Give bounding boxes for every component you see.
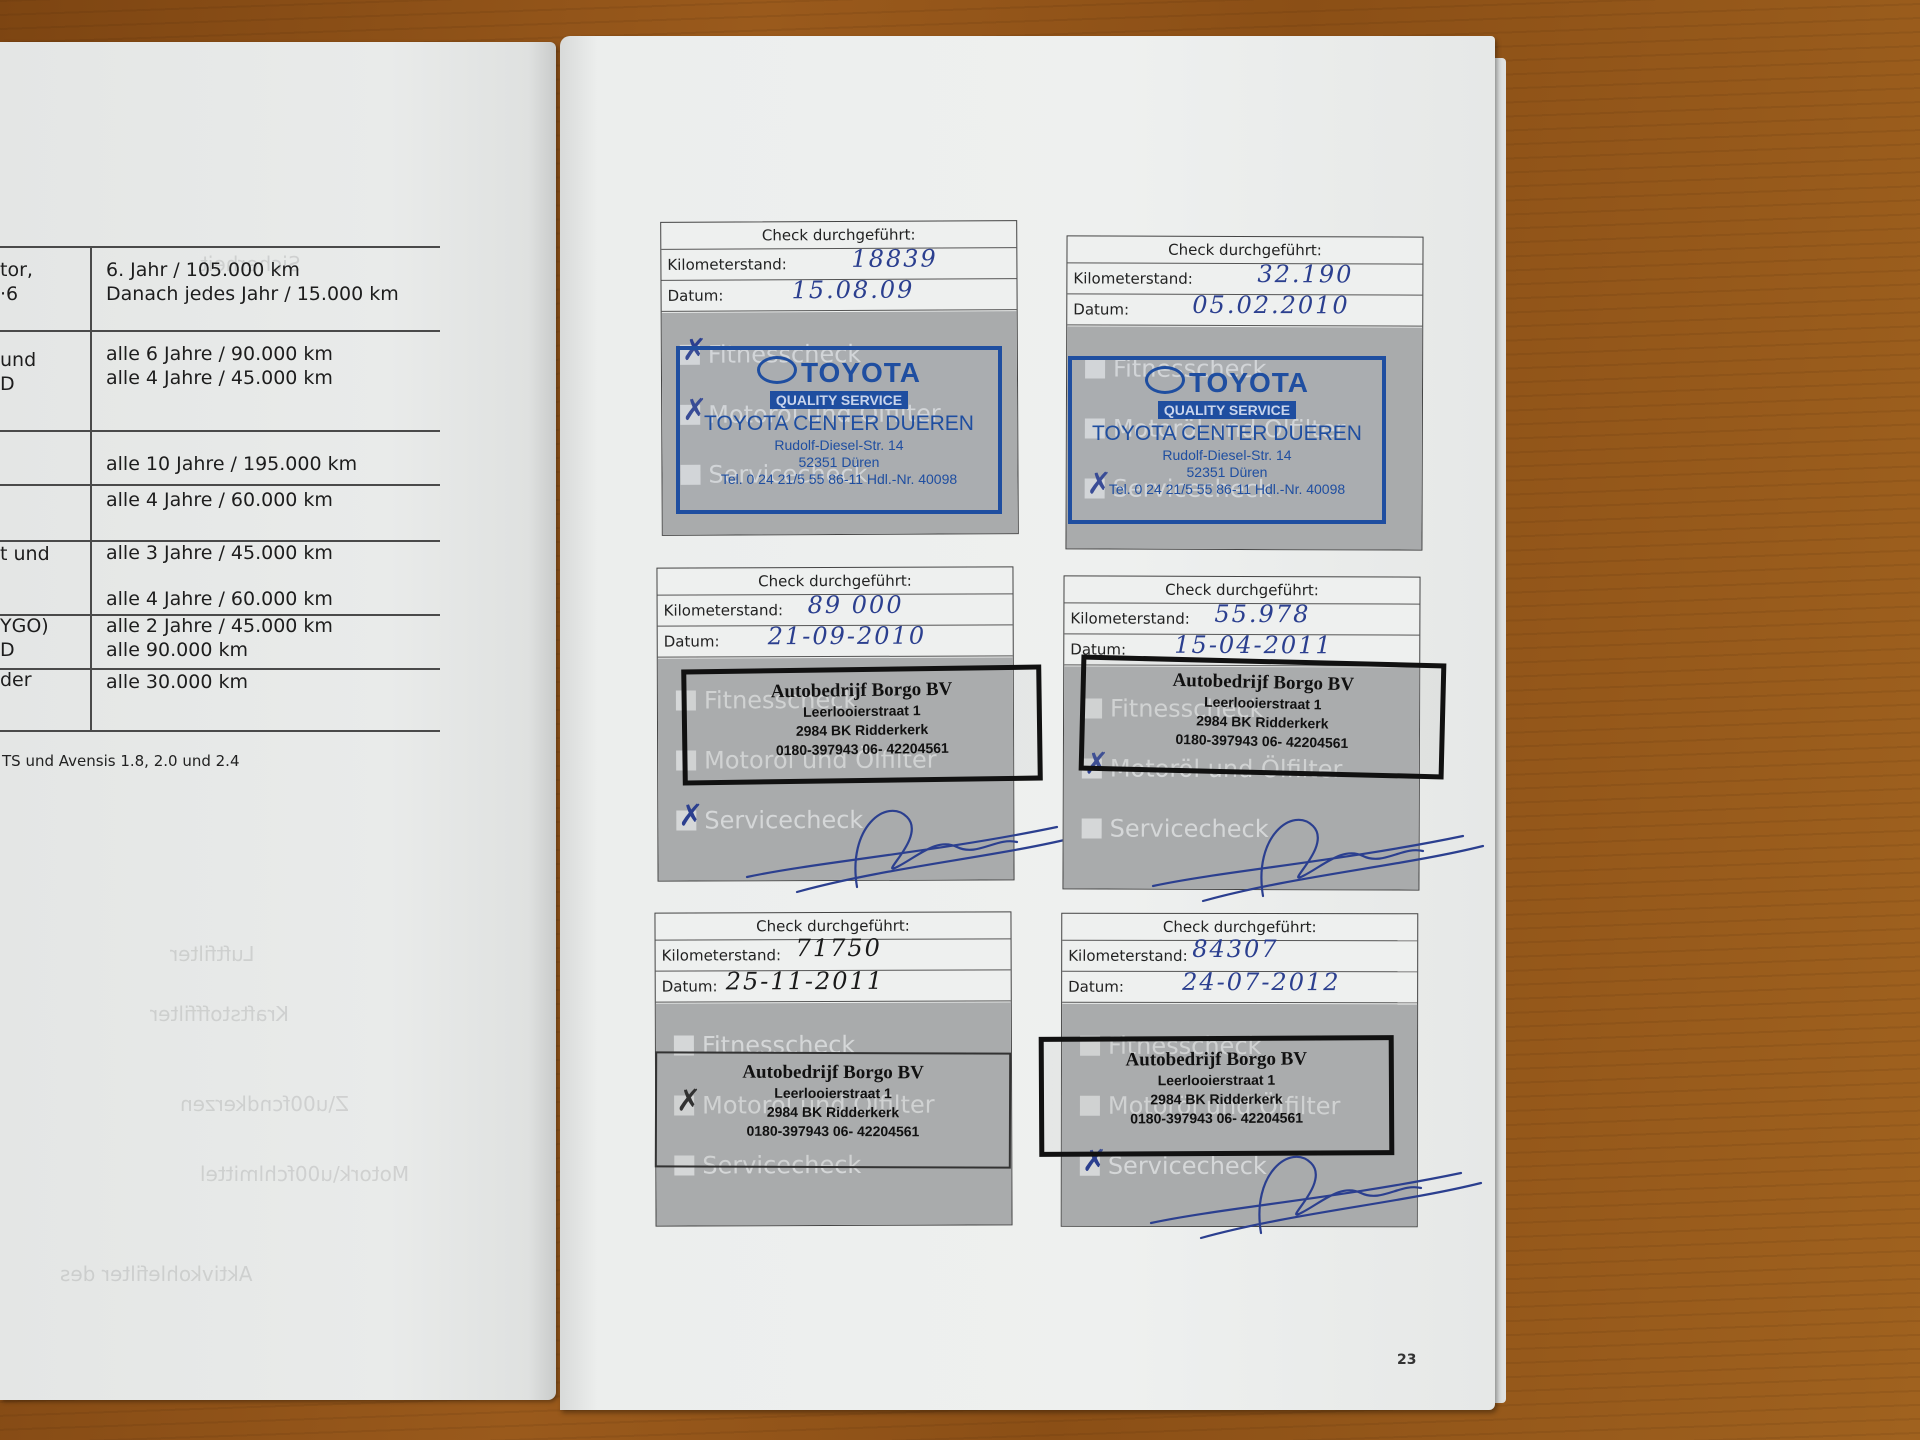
mileage-label: Kilometerstand: xyxy=(667,255,787,274)
table-row: t undalle 3 Jahre / 45.000 km alle 4 Jah… xyxy=(0,540,440,616)
stamp-street: Leerlooierstraat 1 xyxy=(1044,1070,1389,1091)
handwritten-date: 21-09-2010 xyxy=(768,622,926,651)
stamp-badge: QUALITY SERVICE xyxy=(770,391,908,409)
show-through-text: Kraftstofffilter xyxy=(150,1002,289,1026)
table-row: alle 4 Jahre / 60.000 km xyxy=(0,484,440,542)
date-row: Datum:05.02.2010 xyxy=(1067,294,1422,326)
table-row: alle 10 Jahre / 195.000 km xyxy=(0,430,440,486)
handwritten-mileage: 32.190 xyxy=(1257,260,1353,288)
date-row: Datum:21-09-2010 xyxy=(658,625,1013,657)
table-cell-label: tor, ·6 xyxy=(0,258,33,306)
date-label: Datum: xyxy=(1073,300,1129,318)
stamp-city: 52351 Düren xyxy=(680,454,998,470)
stamp-name: Autobedrijf Borgo BV xyxy=(657,1061,1009,1084)
toyota-logo-icon xyxy=(1145,366,1185,394)
table-cell-label: und D xyxy=(0,348,36,396)
show-through-text: Luftfilter xyxy=(170,942,255,966)
show-through-text: Z\u00fcndkerzen xyxy=(180,1092,349,1116)
dealer-stamp-borgo: Autobedrijf Borgo BVLeerlooierstraat 129… xyxy=(1079,655,1447,780)
stamp-street: Leerlooierstraat 1 xyxy=(657,1083,1009,1103)
stamp-brand-text: TOYOTA xyxy=(1189,367,1309,398)
card-header: Check durchgeführt: xyxy=(661,221,1016,250)
mileage-label: Kilometerstand: xyxy=(662,946,781,964)
table-cell-value: alle 10 Jahre / 195.000 km xyxy=(106,452,357,476)
mileage-label: Kilometerstand: xyxy=(1070,609,1189,627)
handwritten-check-mark: ✗ xyxy=(678,798,703,833)
stamp-street: Rudolf-Diesel-Str. 14 xyxy=(1072,447,1382,463)
checkbox-label: Servicecheck xyxy=(1110,815,1269,844)
table-cell-value: alle 4 Jahre / 60.000 km xyxy=(106,488,333,512)
table-row: deralle 30.000 km xyxy=(0,668,440,732)
stamp-phones: 0180-397943 06- 42204561 xyxy=(687,738,1037,762)
checkbox-label: Servicecheck xyxy=(704,806,863,835)
date-label: Datum: xyxy=(664,632,720,650)
table-cell-label: der xyxy=(0,668,32,692)
page-number: 23 xyxy=(1397,1352,1416,1368)
handwritten-date: 05.02.2010 xyxy=(1192,291,1350,320)
dealer-stamp-borgo: Autobedrijf Borgo BVLeerlooierstraat 129… xyxy=(655,1051,1011,1168)
handwritten-mileage: 71750 xyxy=(796,934,882,962)
stamp-street: Rudolf-Diesel-Str. 14 xyxy=(680,437,998,453)
handwritten-mileage: 55.978 xyxy=(1214,600,1310,628)
table-cell-value: alle 30.000 km xyxy=(106,670,248,694)
table-row: und Dalle 6 Jahre / 90.000 km alle 4 Jah… xyxy=(0,330,440,432)
date-label: Datum: xyxy=(1068,978,1124,996)
date-label: Datum: xyxy=(662,977,718,995)
date-label: Datum: xyxy=(668,287,724,305)
stamp-name: Autobedrijf Borgo BV xyxy=(1044,1048,1389,1072)
date-row: Datum:25-11-2011 xyxy=(656,970,1011,1002)
stamp-city: 2984 BK Ridderkerk xyxy=(657,1102,1009,1122)
table-cell-value: alle 3 Jahre / 45.000 km alle 4 Jahre / … xyxy=(106,542,333,611)
stamp-brand: TOYOTA xyxy=(680,356,998,389)
stamp-phones: 0180-397943 06- 42204561 xyxy=(657,1121,1009,1141)
table-cell-value: 6. Jahr / 105.000 km Danach jedes Jahr /… xyxy=(106,258,399,306)
stamp-city: 52351 Düren xyxy=(1072,464,1382,480)
checkbox-option[interactable]: Servicecheck xyxy=(1082,814,1269,843)
handwritten-mileage: 18839 xyxy=(851,244,938,272)
stamp-badge: QUALITY SERVICE xyxy=(1158,401,1296,419)
table-cell-value: alle 2 Jahre / 45.000 km alle 90.000 km xyxy=(106,614,333,662)
toyota-logo-icon xyxy=(757,356,797,384)
handwritten-date: 24-07-2012 xyxy=(1182,968,1340,996)
dealer-stamp-toyota: TOYOTAQUALITY SERVICETOYOTA CENTER DUERE… xyxy=(676,346,1002,514)
stamp-phones: 0180-397943 06- 42204561 xyxy=(1044,1108,1389,1129)
card-header: Check durchgeführt: xyxy=(1067,236,1422,264)
checkbox-icon[interactable] xyxy=(1082,818,1102,838)
stamp-city: 2984 BK Ridderkerk xyxy=(1044,1089,1389,1110)
handwritten-mileage: 89 000 xyxy=(808,591,904,619)
show-through-text: Motork\u00fchlmittel xyxy=(200,1162,409,1186)
table-cell-label: t und xyxy=(0,542,50,566)
stamp-brand: TOYOTA xyxy=(1072,366,1382,399)
dealer-stamp-toyota: TOYOTAQUALITY SERVICETOYOTA CENTER DUERE… xyxy=(1068,356,1386,524)
date-row: Datum:15.08.09 xyxy=(661,279,1016,312)
table-row: YGO) Dalle 2 Jahre / 45.000 km alle 90.0… xyxy=(0,614,440,670)
table-footnote: TS und Avensis 1.8, 2.0 und 2.4 xyxy=(2,752,240,770)
stamp-contact: Tel. 0 24 21/5 55 86-11 Hdl.-Nr. 40098 xyxy=(680,471,998,487)
table-cell-label: YGO) D xyxy=(0,614,49,662)
table-row: tor, ·66. Jahr / 105.000 km Danach jedes… xyxy=(0,246,440,332)
mileage-label: Kilometerstand: xyxy=(1073,269,1192,287)
handwritten-mileage: 84307 xyxy=(1192,935,1278,963)
handwritten-date: 15.08.09 xyxy=(791,276,914,305)
show-through-text: Aktivkohlefilter des xyxy=(60,1262,252,1286)
dealer-stamp-borgo: Autobedrijf Borgo BVLeerlooierstraat 129… xyxy=(1039,1035,1395,1157)
checkbox-option[interactable]: Servicecheck xyxy=(676,806,863,835)
date-row: Datum:24-07-2012 xyxy=(1062,972,1417,1004)
dealer-stamp-borgo: Autobedrijf Borgo BVLeerlooierstraat 129… xyxy=(681,664,1043,785)
handwritten-date: 25-11-2011 xyxy=(726,967,884,996)
stamp-dealer: TOYOTA CENTER DUEREN xyxy=(1072,422,1382,446)
stamp-dealer: TOYOTA CENTER DUEREN xyxy=(680,412,998,436)
stamp-brand-text: TOYOTA xyxy=(801,357,921,388)
stamp-contact: Tel. 0 24 21/5 55 86-11 Hdl.-Nr. 40098 xyxy=(1072,481,1382,497)
mileage-label: Kilometerstand: xyxy=(664,601,783,619)
handwritten-date: 15-04-2011 xyxy=(1174,631,1332,660)
table-cell-value: alle 6 Jahre / 90.000 km alle 4 Jahre / … xyxy=(106,342,333,390)
mileage-label: Kilometerstand: xyxy=(1068,947,1187,965)
